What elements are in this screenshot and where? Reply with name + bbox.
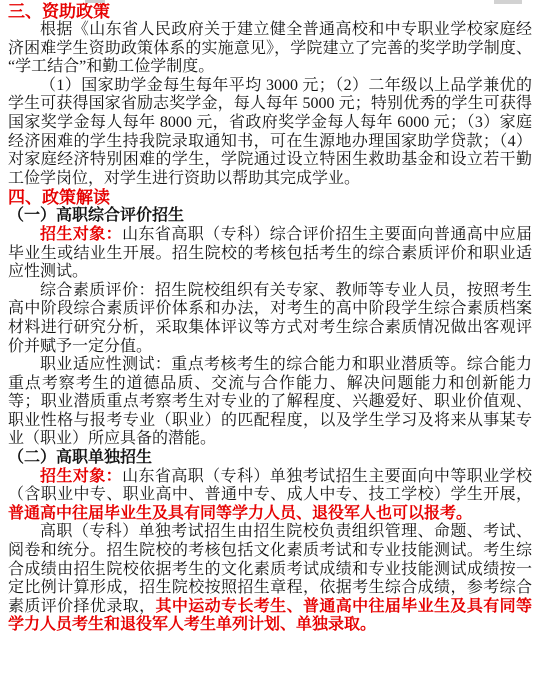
section-heading-funding-policy: 三、资助政策 [8, 2, 532, 21]
paragraph-funding-items: （1）国家助学金每生每年平均 3000 元；（2）二年级以上品学兼优的学生可获得… [8, 77, 532, 189]
separate-target-label: 招生对象： [40, 468, 122, 485]
paragraph-separate-target: 招生对象：山东省高职（专科）单独考试招生主要面向中等职业学校（含职业中专、职业高… [8, 468, 532, 524]
separate-target-highlight: 普通高中往届毕业生及具有同等学力人员、退役军人也可以报考。 [8, 505, 472, 522]
paragraph-comprehensive-target: 招生对象：山东省高职（专科）综合评价招生主要面向普通高中应届毕业生或结业生开展。… [8, 226, 532, 282]
paragraph-aptitude-test: 职业适应性测试：重点考核考生的综合能力和职业潜质等。综合能力重点考察考生的道德品… [8, 356, 532, 449]
subsection-heading-comprehensive-evaluation: （一）高职综合评价招生 [8, 207, 532, 226]
section-heading-policy-interpretation: 四、政策解读 [8, 188, 532, 207]
admissions-policy-document: 三、资助政策 根据《山东省人民政府关于建立健全普通高校和中专职业学校家庭经济困难… [0, 0, 540, 692]
enrollment-target-label: 招生对象： [40, 226, 122, 243]
page-top-edge-artifact-left [85, 0, 105, 3]
paragraph-quality-evaluation: 综合素质评价：招生院校组织有关专家、教师等专业人员，按照考生高中阶段综合素质评价… [8, 282, 532, 356]
page-top-edge-artifact-right [494, 0, 522, 4]
paragraph-separate-process: 高职（专科）单独考试招生由招生院校负责组织管理、命题、考试、阅卷和统分。招生院校… [8, 523, 532, 635]
paragraph-funding-basis: 根据《山东省人民政府关于建立健全普通高校和中专职业学校家庭经济困难学生资助政策体… [8, 21, 532, 77]
subsection-heading-separate-enrollment: （二）高职单独招生 [8, 449, 532, 468]
